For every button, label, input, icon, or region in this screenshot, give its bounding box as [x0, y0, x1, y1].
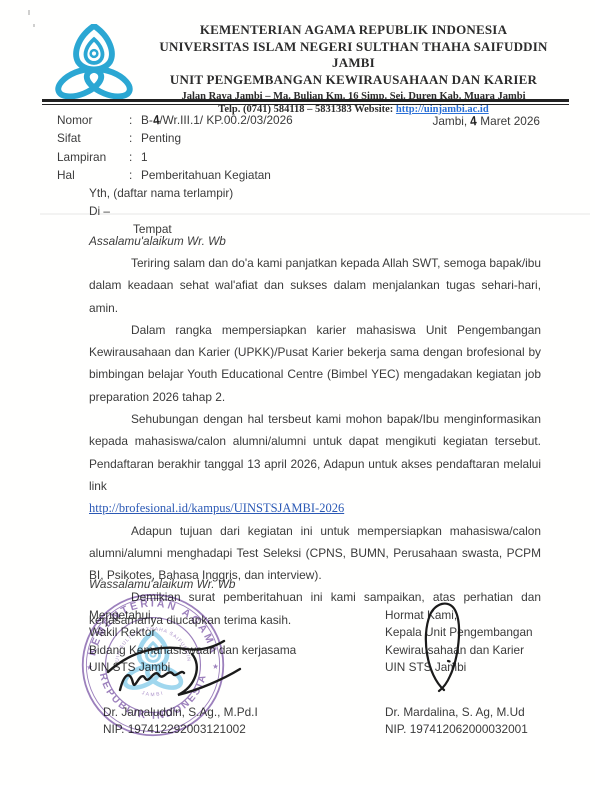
ministry-name: KEMENTERIAN AGAMA REPUBLIK INDONESIA	[140, 22, 567, 39]
scan-speck	[28, 10, 30, 15]
university-name: UNIVERSITAS ISLAM NEGERI SULTHAN THAHA S…	[140, 39, 567, 72]
nomor-label: Nomor	[57, 111, 129, 129]
nomor-handwritten-day: 4	[152, 110, 161, 131]
dateline-rest: Maret 2026	[477, 114, 540, 128]
lampiran-value: 1	[141, 148, 387, 166]
letterhead-divider	[42, 99, 569, 105]
nomor-prefix: B-	[141, 113, 153, 127]
scan-speck	[33, 24, 35, 27]
nomor-value: B-4/Wr.III.1/ KP.00.2/03/2026	[141, 111, 387, 129]
signer-name: Dr. Mardalina, S. Ag, M.Ud	[385, 704, 565, 721]
signature-ink-left	[100, 638, 250, 704]
letter-meta: Nomor : B-4/Wr.III.1/ KP.00.2/03/2026 Si…	[57, 111, 540, 185]
opening-salutation: Assalamu'alaikum Wr. Wb	[89, 234, 226, 248]
nomor-rest: /Wr.III.1/ KP.00.2/03/2026	[159, 113, 292, 127]
dateline-city: Jambi,	[432, 114, 470, 128]
colon: :	[129, 148, 141, 166]
letter-body: Teriring salam dan do'a kami panjatkan k…	[89, 252, 541, 631]
paragraph: Teriring salam dan do'a kami panjatkan k…	[89, 252, 541, 319]
colon: :	[129, 129, 141, 147]
recipient-line: Yth, (daftar nama terlampir)	[89, 184, 233, 202]
registration-link[interactable]: http://brofesional.id/kampus/UINSTSJAMBI…	[89, 501, 344, 515]
unit-name: UNIT PENGEMBANGAN KEWIRAUSAHAAN DAN KARI…	[140, 72, 567, 89]
recipient-line: Di –	[89, 202, 233, 220]
hal-value: Pemberitahuan Kegiatan	[141, 166, 387, 184]
lampiran-label: Lampiran	[57, 148, 129, 166]
colon: :	[129, 111, 141, 129]
sifat-value: Penting	[141, 129, 387, 147]
dateline: Jambi, 4 Maret 2026	[432, 112, 540, 130]
stamp-star-left: ★	[84, 663, 94, 672]
colon: :	[129, 166, 141, 184]
signature-ink-right	[408, 597, 478, 697]
letter-page: KEMENTERIAN AGAMA REPUBLIK INDONESIA UNI…	[0, 0, 595, 785]
sifat-label: Sifat	[57, 129, 129, 147]
signer-nip: NIP. 197412062000032001	[385, 721, 565, 738]
closing-salutation: Wassalamu'alaikum Wr. Wb	[89, 577, 235, 591]
hal-label: Hal	[57, 166, 129, 184]
paragraph: Dalam rangka mempersiapkan karier mahasi…	[89, 319, 541, 408]
uin-university-logo-icon	[52, 24, 136, 104]
paragraph: Sehubungan dengan hal tersbeut kami moho…	[89, 408, 541, 497]
scan-fold-line	[40, 213, 590, 215]
recipient-block: Yth, (daftar nama terlampir) Di – Tempat	[89, 184, 233, 238]
